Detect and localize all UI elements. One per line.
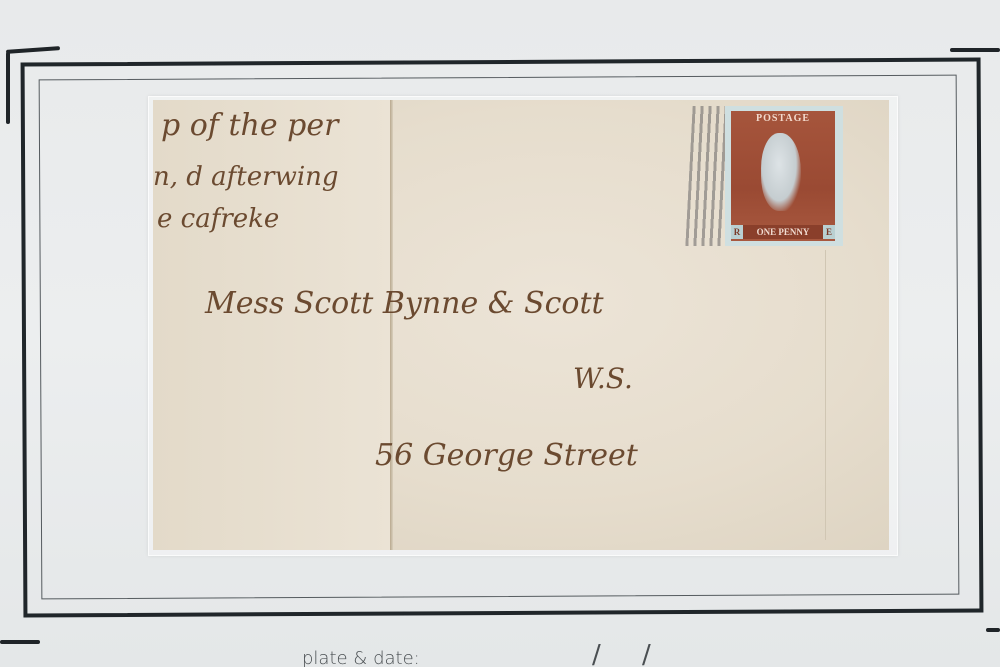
date-slash-2: / — [642, 640, 651, 667]
stamp-margin: POSTAGE ONE PENNY R E — [725, 106, 843, 246]
address-line-2: W.S. — [573, 362, 633, 395]
flap-line-2: n, d afterwing — [153, 162, 339, 192]
flap-line-1: p of the per — [161, 108, 338, 143]
stamp-bottom-text: ONE PENNY — [731, 225, 835, 239]
penny-red-stamp: POSTAGE ONE PENNY R E — [731, 111, 835, 241]
corner-mark-top-left-v — [6, 52, 10, 124]
date-slash-1: / — [592, 640, 601, 667]
corner-mark-bottom-right — [986, 628, 1000, 632]
corner-mark-top-left-h — [6, 46, 60, 54]
address-line-3: 56 George Street — [375, 438, 638, 473]
album-page: p of the per n, d afterwing e cafreke Me… — [0, 0, 1000, 667]
plate-date-caption: plate & date: — [302, 648, 420, 667]
corner-mark-top-right — [950, 48, 1000, 52]
flap-line-3: e cafreke — [157, 204, 279, 234]
stamp-corner-letter-right: E — [823, 225, 835, 239]
address-line-1: Mess Scott Bynne & Scott — [205, 286, 604, 321]
stamp-corner-letter-left: R — [731, 225, 743, 239]
fold-line — [390, 100, 393, 550]
queen-portrait-icon — [761, 133, 801, 211]
stamp-top-text: POSTAGE — [731, 113, 835, 124]
corner-mark-bottom-left — [0, 640, 40, 644]
letter-cover: p of the per n, d afterwing e cafreke Me… — [153, 100, 889, 550]
fold-line-right — [825, 250, 826, 540]
